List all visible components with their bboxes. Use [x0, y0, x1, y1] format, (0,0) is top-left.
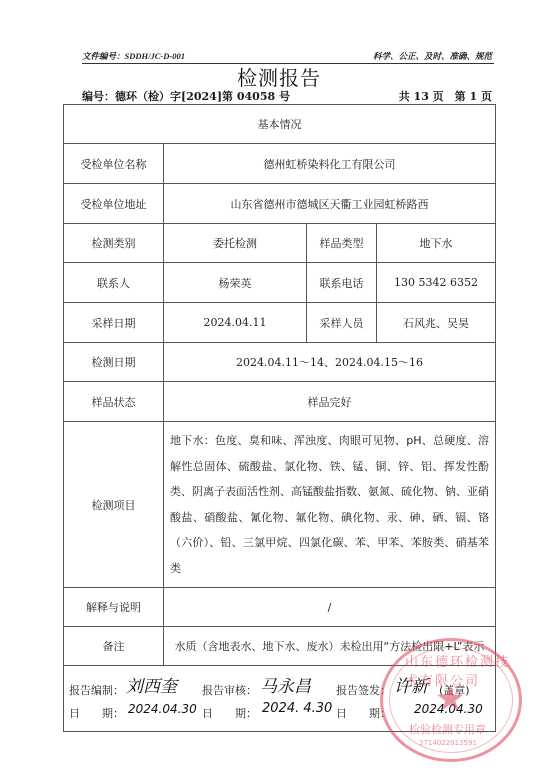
- reviewed-date-label: 日 期：: [202, 705, 257, 721]
- client-name-label: 受检单位名称: [64, 144, 164, 184]
- samplers: 石风兆、吴昊: [377, 303, 496, 343]
- client-name: 德州虹桥染料化工有限公司: [164, 144, 496, 184]
- reviewed-label: 报告审核：: [202, 682, 257, 698]
- signature-row: 报告编制： 刘西奎 报告审核： 马永昌 报告签发： 许新 (盖章) 日 期： 2…: [64, 666, 496, 732]
- signature-block: 报告编制： 刘西奎 报告审核： 马永昌 报告签发： 许新 (盖章) 日 期： 2…: [64, 666, 496, 732]
- table-row: 检测日期 2024.04.11～14、2024.04.15～16: [64, 343, 496, 382]
- seal-label: (盖章): [439, 682, 470, 698]
- issued-date: 2024.04.30: [414, 702, 483, 716]
- report-table: 基本情况 受检单位名称 德州虹桥染料化工有限公司 受检单位地址 山东省德州市德城…: [63, 104, 496, 732]
- issued-signature: 许新: [394, 672, 428, 697]
- client-address: 山东省德州市德城区天衢工业园虹桥路西: [164, 184, 496, 224]
- phone: 130 5342 6352: [377, 263, 496, 303]
- table-row: 检测项目 地下水：色度、臭和味、浑浊度、肉眼可见物、pH、总硬度、溶解性总固体、…: [64, 422, 496, 588]
- seal-code: 3714022013591: [419, 739, 477, 747]
- explanation: /: [164, 588, 496, 627]
- table-row: 联系人 杨荣英 联系电话 130 5342 6352: [64, 263, 496, 303]
- table-row: 样品状态 样品完好: [64, 382, 496, 422]
- table-row: 采样日期 2024.04.11 采样人员 石风兆、吴昊: [64, 303, 496, 343]
- compiled-signature: 刘西奎: [126, 672, 177, 697]
- table-row: 受检单位地址 山东省德州市德城区天衢工业园虹桥路西: [64, 184, 496, 224]
- compiled-date-label: 日 期：: [69, 705, 124, 721]
- test-type-label: 检测类别: [64, 224, 164, 263]
- samplers-label: 采样人员: [307, 303, 377, 343]
- contact: 杨荣英: [164, 263, 307, 303]
- reviewed-date: 2024. 4.30: [262, 701, 332, 716]
- report-title: 检测报告: [0, 62, 558, 91]
- section-row: 基本情况: [64, 105, 496, 144]
- reviewed-signature: 马永昌: [260, 672, 311, 697]
- compiled-date: 2024.04.30: [128, 702, 197, 716]
- contact-label: 联系人: [64, 263, 164, 303]
- sample-type-label: 样品类型: [307, 224, 377, 263]
- compiled-label: 报告编制：: [69, 682, 124, 698]
- client-address-label: 受检单位地址: [64, 184, 164, 224]
- table-row: 备注 水质（含地表水、地下水、废水）未检出用“方法检出限+L”表示: [64, 627, 496, 666]
- section-title: 基本情况: [64, 105, 496, 144]
- remarks: 水质（含地表水、地下水、废水）未检出用“方法检出限+L”表示: [164, 627, 496, 666]
- page-count: 共 13 页 第 1 页: [399, 88, 492, 104]
- test-date: 2024.04.11～14、2024.04.15～16: [164, 343, 496, 382]
- test-items-label: 检测项目: [64, 422, 164, 588]
- motto: 科学、公正、及时、准确、规范: [373, 50, 492, 62]
- sample-status-label: 样品状态: [64, 382, 164, 422]
- issued-label: 报告签发：: [336, 682, 391, 698]
- table-row: 解释与说明 /: [64, 588, 496, 627]
- issued-date-label: 日 期：: [336, 705, 391, 721]
- explanation-label: 解释与说明: [64, 588, 164, 627]
- sample-status: 样品完好: [164, 382, 496, 422]
- sampling-date-label: 采样日期: [64, 303, 164, 343]
- sample-type: 地下水: [377, 224, 496, 263]
- test-date-label: 检测日期: [64, 343, 164, 382]
- remarks-label: 备注: [64, 627, 164, 666]
- file-number: 文件编号：SDDH/JC-D-001: [82, 50, 185, 62]
- test-type: 委托检测: [164, 224, 307, 263]
- table-row: 检测类别 委托检测 样品类型 地下水: [64, 224, 496, 263]
- phone-label: 联系电话: [307, 263, 377, 303]
- table-row: 受检单位名称 德州虹桥染料化工有限公司: [64, 144, 496, 184]
- test-items: 地下水：色度、臭和味、浑浊度、肉眼可见物、pH、总硬度、溶解性总固体、硫酸盐、氯…: [164, 422, 496, 588]
- sampling-date: 2024.04.11: [164, 303, 307, 343]
- report-number: 编号：德环（检）字[2024]第 04058 号: [82, 88, 290, 104]
